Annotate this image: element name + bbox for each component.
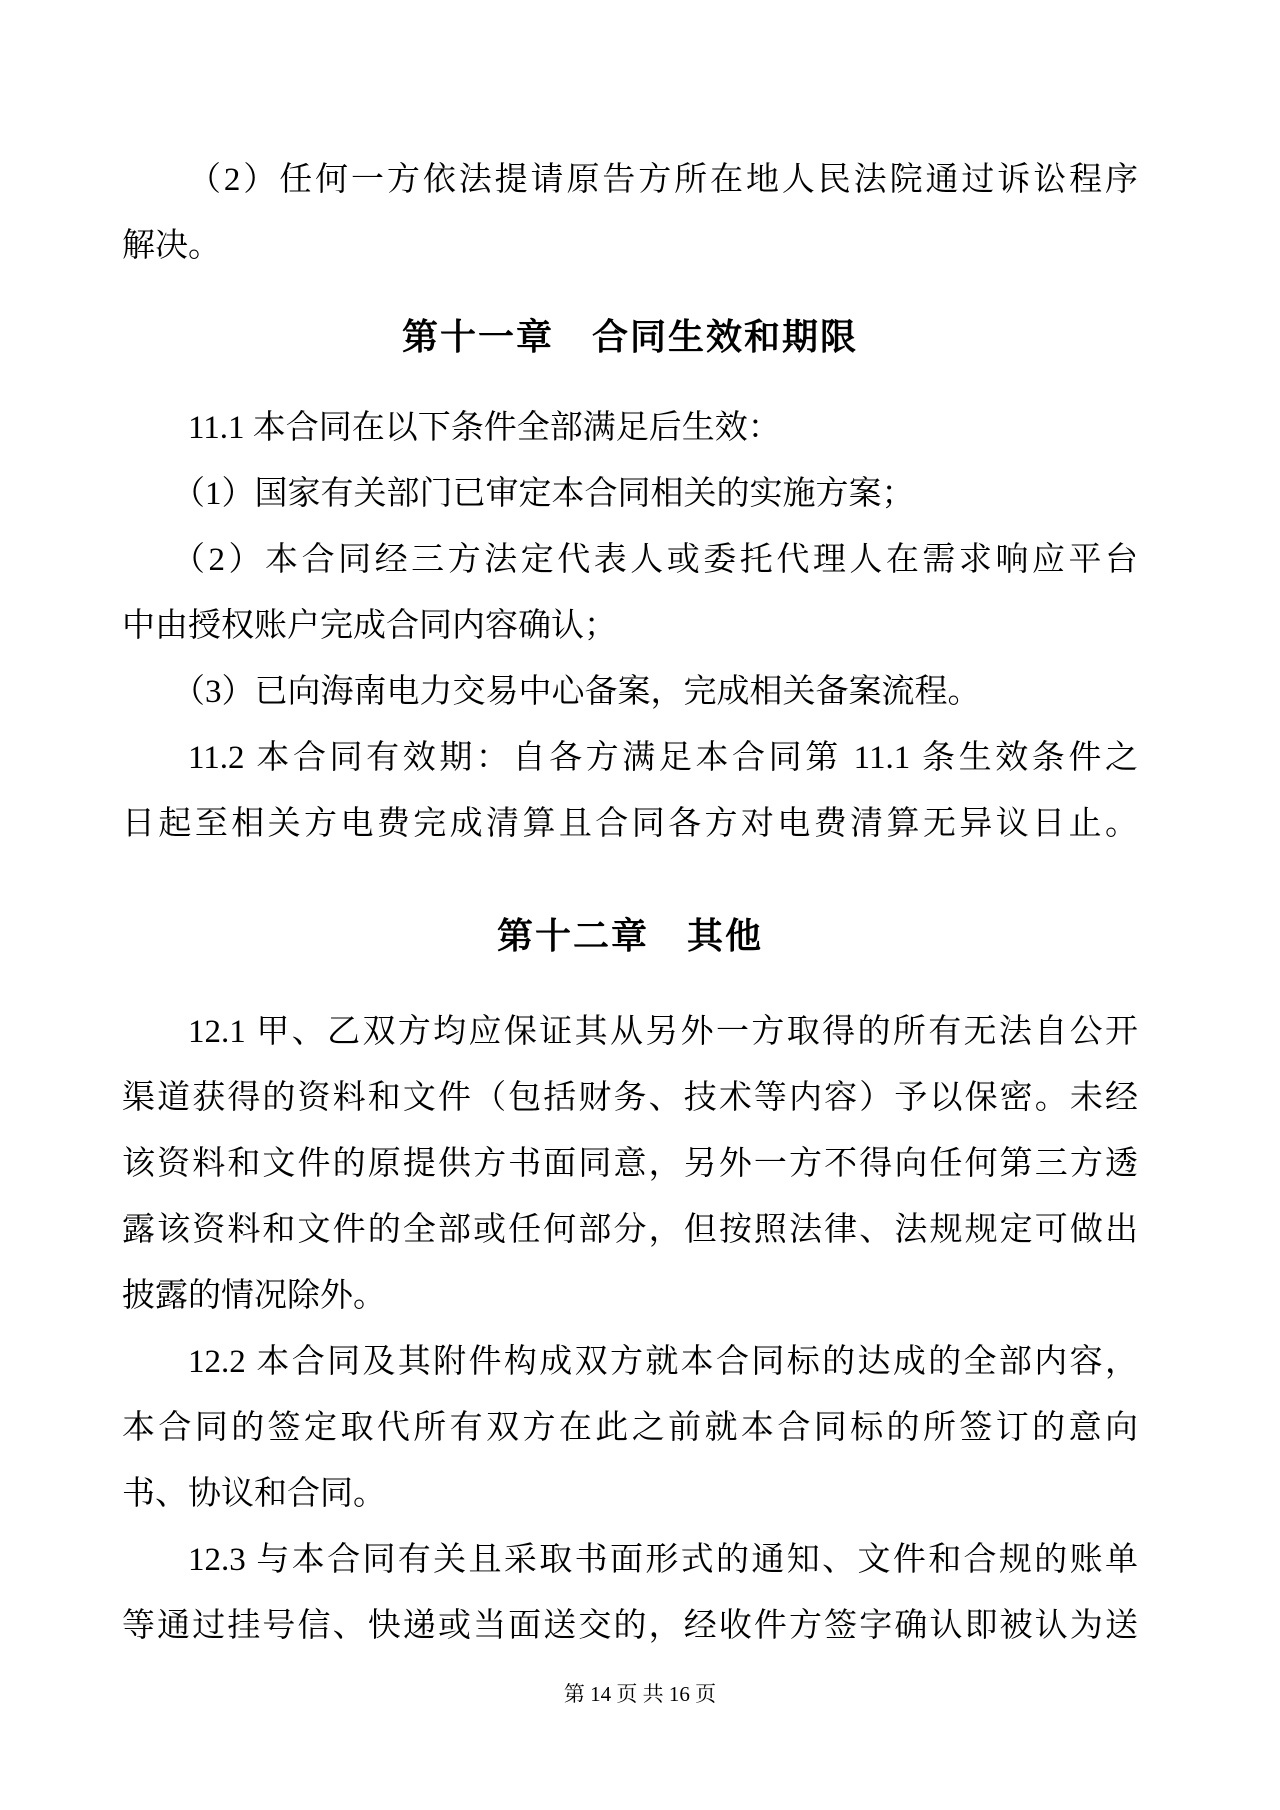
- contract-document-page: （2）任何一方依法提请原告方所在地人民法院通过诉讼程序 解决。 第十一章 合同生…: [0, 0, 1280, 1810]
- clause-12-1-line-3: 该资料和文件的原提供方书面同意，另外一方不得向任何第三方透: [122, 1131, 1138, 1197]
- chapter-11-heading: 第十一章 合同生效和期限: [122, 304, 1138, 370]
- clause-11-1-line-1: 11.1 本合同在以下条件全部满足后生效：: [122, 395, 1138, 461]
- clause-12-1-line-2: 渠道获得的资料和文件（包括财务、技术等内容）予以保密。未经: [122, 1065, 1138, 1131]
- clause-12-2-line-1: 12.2 本合同及其附件构成双方就本合同标的达成的全部内容，: [122, 1329, 1138, 1395]
- clause-12-3-line-2: 等通过挂号信、快递或当面送交的，经收件方签字确认即被认为送: [122, 1593, 1138, 1659]
- clause-11-1-item-1-line-1: （1）国家有关部门已审定本合同相关的实施方案；: [122, 461, 1138, 527]
- clause-dispute-line-1: （2）任何一方依法提请原告方所在地人民法院通过诉讼程序: [122, 147, 1138, 213]
- page-content: （2）任何一方依法提请原告方所在地人民法院通过诉讼程序 解决。 第十一章 合同生…: [122, 147, 1138, 1659]
- page-footer: 第 14 页 共 16 页: [0, 1680, 1280, 1708]
- clause-12-1-line-4: 露该资料和文件的全部或任何部分，但按照法律、法规规定可做出: [122, 1197, 1138, 1263]
- clause-11-1-item-2-line-1: （2）本合同经三方法定代表人或委托代理人在需求响应平台: [122, 527, 1138, 593]
- clause-11-2-line-1: 11.2 本合同有效期：自各方满足本合同第 11.1 条生效条件之: [122, 725, 1138, 791]
- clause-dispute-line-2: 解决。: [122, 213, 1138, 279]
- clause-12-1-line-5: 披露的情况除外。: [122, 1263, 1138, 1329]
- clause-12-2-line-3: 书、协议和合同。: [122, 1461, 1138, 1527]
- clause-12-3-line-1: 12.3 与本合同有关且采取书面形式的通知、文件和合规的账单: [122, 1527, 1138, 1593]
- chapter-12-heading: 第十二章 其他: [122, 903, 1138, 969]
- clause-11-1-item-2-line-2: 中由授权账户完成合同内容确认；: [122, 593, 1138, 659]
- clause-12-2-line-2: 本合同的签定取代所有双方在此之前就本合同标的所签订的意向: [122, 1395, 1138, 1461]
- clause-12-1-line-1: 12.1 甲、乙双方均应保证其从另外一方取得的所有无法自公开: [122, 999, 1138, 1065]
- clause-11-1-item-3-line-1: （3）已向海南电力交易中心备案，完成相关备案流程。: [122, 659, 1138, 725]
- clause-11-2-line-2: 日起至相关方电费完成清算且合同各方对电费清算无异议日止。: [122, 791, 1138, 857]
